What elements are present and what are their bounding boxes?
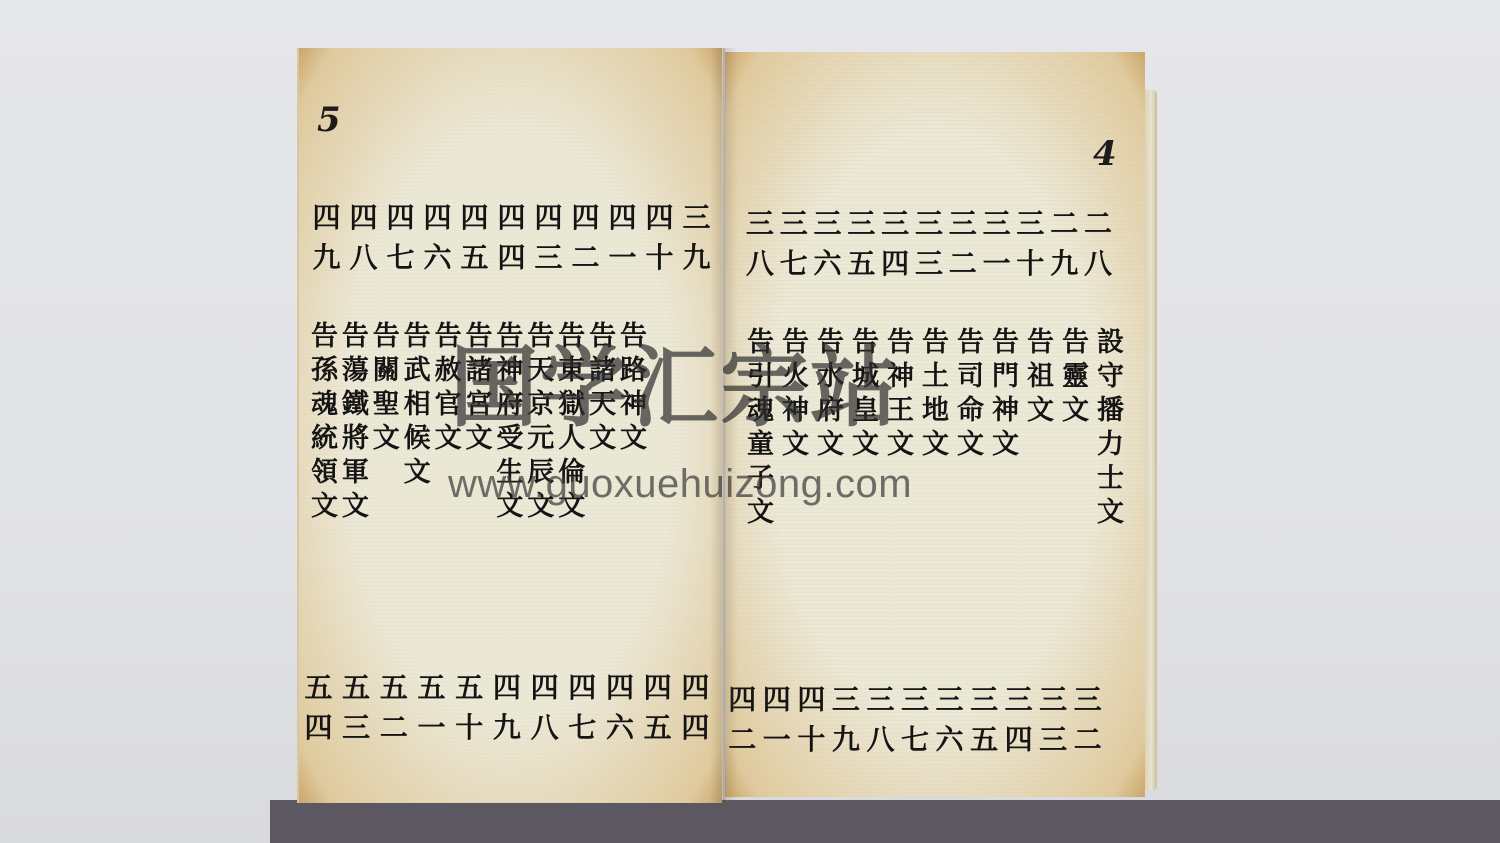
number-column: 四六: [420, 198, 455, 278]
character: 文: [435, 422, 462, 456]
title-column: 告神府受生文: [494, 320, 525, 524]
number-column: 四五: [457, 198, 492, 278]
character: 文: [1097, 496, 1124, 530]
character: 五: [380, 668, 408, 708]
character: 王: [887, 394, 914, 428]
character: 告: [992, 326, 1019, 360]
character: 七: [386, 238, 414, 278]
character: 八: [531, 708, 559, 748]
character: 三: [936, 680, 964, 720]
page-stack-edge: [1143, 90, 1157, 790]
number-column: 四九: [489, 668, 524, 748]
character: 三: [1039, 680, 1067, 720]
character: 將: [342, 422, 369, 456]
number-column: 四四: [494, 198, 529, 278]
number-column: 四四: [678, 668, 713, 748]
character: 二: [949, 244, 977, 284]
title-column: 告土地文: [918, 326, 953, 530]
character: 十: [797, 720, 825, 760]
character: 文: [373, 422, 400, 456]
character: 二: [1050, 204, 1078, 244]
character: 二: [571, 238, 599, 278]
character: 三: [881, 204, 909, 244]
character: 四: [534, 198, 562, 238]
character: 三: [746, 204, 774, 244]
title-column: 告城皇文: [848, 326, 883, 530]
character: 文: [782, 428, 809, 462]
number-column: 三三: [1036, 680, 1071, 760]
character: 七: [780, 244, 808, 284]
character: 天: [589, 388, 616, 422]
character: 諸: [589, 354, 616, 388]
character: 命: [957, 394, 984, 428]
title-columns: 告路神文告諸天文告東獄人倫文告天京元辰文告神府受生文告諸宮文告赦官文告武相候文告…: [309, 320, 649, 524]
character: 三: [814, 204, 842, 244]
character: 五: [418, 668, 446, 708]
character: 文: [496, 490, 523, 524]
character: 四: [681, 708, 709, 748]
character: 告: [782, 326, 809, 360]
character: 魂: [747, 394, 774, 428]
character: 人: [558, 422, 585, 456]
title-column: 告孫魂統領文: [309, 320, 340, 524]
character: 四: [312, 198, 340, 238]
number-column: 二九: [1047, 204, 1081, 284]
number-column: 四八: [346, 198, 381, 278]
character: 土: [922, 360, 949, 394]
number-column: 三一: [980, 204, 1014, 284]
character: 五: [644, 708, 672, 748]
character: 九: [832, 720, 860, 760]
character: 文: [747, 496, 774, 530]
character: 候: [404, 422, 431, 456]
character: 九: [1050, 244, 1078, 284]
character: 天: [527, 354, 554, 388]
character: 五: [304, 668, 332, 708]
title-column: 告赦官文: [433, 320, 464, 524]
character: 府: [496, 388, 523, 422]
character: 告: [404, 320, 431, 354]
character: 京: [527, 388, 554, 422]
character: 四: [568, 668, 596, 708]
character: 文: [342, 490, 369, 524]
character: 四: [497, 198, 525, 238]
character: 十: [1016, 244, 1044, 284]
number-column: 四八: [527, 668, 562, 748]
character: 四: [881, 244, 909, 284]
character: 文: [887, 428, 914, 462]
character: 辰: [527, 456, 554, 490]
title-column: 告火神文: [778, 326, 813, 530]
character: 六: [606, 708, 634, 748]
character: 童: [747, 428, 774, 462]
character: 魂: [311, 388, 338, 422]
number-column: 三四: [878, 204, 912, 284]
character: 三: [847, 204, 875, 244]
title-column: 告靈文: [1058, 326, 1093, 530]
title-column: 告關聖文: [371, 320, 402, 524]
character: 力: [1097, 428, 1124, 462]
character: 三: [970, 680, 998, 720]
character: 赦: [435, 354, 462, 388]
number-column: 三十: [1014, 204, 1048, 284]
number-column: 三六: [932, 680, 967, 760]
character: 文: [957, 428, 984, 462]
character: 三: [983, 204, 1011, 244]
character: 皇: [852, 394, 879, 428]
number-column: 三九: [829, 680, 864, 760]
number-column: 五三: [339, 668, 374, 748]
title-column: 告天京元辰文: [525, 320, 556, 524]
number-column: 四五: [640, 668, 675, 748]
character: 引: [747, 360, 774, 394]
character: 文: [817, 428, 844, 462]
character: 三: [682, 198, 710, 238]
character: 文: [311, 490, 338, 524]
character: 文: [465, 422, 492, 456]
character: 領: [311, 456, 338, 490]
top-number-row: 三九四十四一四二四三四四四五四六四七四八四九: [309, 198, 714, 278]
right-page: 4 二八二九三十三一三二三三三四三五三六三七三八 設守播力士文告靈文告祖文告門神…: [725, 52, 1145, 797]
character: 告: [620, 320, 647, 354]
character: 四: [460, 198, 488, 238]
number-column: 四一: [605, 198, 640, 278]
character: 二: [1084, 204, 1112, 244]
character: 三: [342, 708, 370, 748]
character: 生: [496, 456, 523, 490]
number-column: 三五: [844, 204, 878, 284]
character: 路: [620, 354, 647, 388]
character: 十: [455, 708, 483, 748]
number-column: 三四: [1001, 680, 1036, 760]
character: 一: [418, 708, 446, 748]
character: 三: [915, 204, 943, 244]
number-column: 五二: [376, 668, 411, 748]
character: 火: [782, 360, 809, 394]
character: 神: [887, 360, 914, 394]
character: 地: [922, 394, 949, 428]
character: 士: [1097, 462, 1124, 496]
character: 四: [608, 198, 636, 238]
book-gutter: [710, 48, 738, 803]
character: 五: [460, 238, 488, 278]
title-column: 告水府文: [813, 326, 848, 530]
character: 子: [747, 462, 774, 496]
number-column: 四七: [565, 668, 600, 748]
character: 軍: [342, 456, 369, 490]
character: 四: [531, 668, 559, 708]
character: 告: [342, 320, 369, 354]
title-column: 告路神文: [618, 320, 649, 524]
character: 文: [558, 490, 585, 524]
character: 設: [1097, 326, 1124, 360]
character: 倫: [558, 456, 585, 490]
number-column: 三六: [811, 204, 845, 284]
character: 文: [992, 428, 1019, 462]
character: 四: [571, 198, 599, 238]
title-column: 告神王文: [883, 326, 918, 530]
title-column: 告祖文: [1023, 326, 1058, 530]
number-column: 三二: [946, 204, 980, 284]
character: 神: [620, 388, 647, 422]
character: 九: [682, 238, 710, 278]
title-column: 設守播力士文: [1093, 326, 1128, 530]
character: 元: [527, 422, 554, 456]
character: 四: [304, 708, 332, 748]
character: 四: [1005, 720, 1033, 760]
character: 文: [1027, 394, 1054, 428]
character: 一: [608, 238, 636, 278]
bottom-number-row: 三二三三三四三五三六三七三八三九四十四一四二: [725, 680, 1105, 760]
character: 告: [373, 320, 400, 354]
character: 蕩: [342, 354, 369, 388]
character: 告: [589, 320, 616, 354]
character: 文: [589, 422, 616, 456]
number-column: 三九: [679, 198, 714, 278]
character: 神: [782, 394, 809, 428]
character: 文: [404, 456, 431, 490]
character: 五: [342, 668, 370, 708]
character: 神: [496, 354, 523, 388]
character: 六: [423, 238, 451, 278]
title-column: 告諸宮文: [464, 320, 495, 524]
character: 城: [852, 360, 879, 394]
character: 武: [404, 354, 431, 388]
character: 八: [866, 720, 894, 760]
title-column: 告蕩鐵將軍文: [340, 320, 371, 524]
character: 告: [852, 326, 879, 360]
character: 告: [1062, 326, 1089, 360]
number-column: 五一: [414, 668, 449, 748]
bottom-number-row: 四四四五四六四七四八四九五十五一五二五三五四: [301, 668, 713, 748]
table-shadow: [270, 800, 1500, 843]
top-number-row: 二八二九三十三一三二三三三四三五三六三七三八: [743, 204, 1115, 284]
character: 八: [349, 238, 377, 278]
character: 三: [915, 244, 943, 284]
character: 靈: [1062, 360, 1089, 394]
character: 四: [386, 198, 414, 238]
character: 官: [435, 388, 462, 422]
character: 二: [380, 708, 408, 748]
character: 告: [1027, 326, 1054, 360]
character: 六: [936, 720, 964, 760]
character: 告: [465, 320, 492, 354]
character: 五: [847, 244, 875, 284]
character: 宮: [465, 388, 492, 422]
character: 七: [901, 720, 929, 760]
number-column: 三七: [898, 680, 933, 760]
number-column: 四七: [383, 198, 418, 278]
number-column: 四十: [642, 198, 677, 278]
title-column: 告武相候文: [402, 320, 433, 524]
number-column: 四一: [760, 680, 795, 760]
character: 告: [496, 320, 523, 354]
number-column: 四六: [603, 668, 638, 748]
number-column: 三八: [863, 680, 898, 760]
page-number: 4: [1093, 134, 1117, 174]
character: 三: [1074, 680, 1102, 720]
number-column: 五十: [452, 668, 487, 748]
character: 九: [493, 708, 521, 748]
page-number: 5: [317, 100, 341, 140]
number-column: 三二: [1070, 680, 1105, 760]
character: 四: [797, 680, 825, 720]
character: 東: [558, 354, 585, 388]
character: 一: [983, 244, 1011, 284]
character: 司: [957, 360, 984, 394]
character: 告: [747, 326, 774, 360]
character: 三: [1005, 680, 1033, 720]
number-column: 三七: [777, 204, 811, 284]
character: 四: [349, 198, 377, 238]
character: 文: [1062, 394, 1089, 428]
character: 諸: [465, 354, 492, 388]
character: 四: [606, 668, 634, 708]
number-column: 三八: [743, 204, 777, 284]
character: 三: [901, 680, 929, 720]
title-column: 告引魂童子文: [743, 326, 778, 530]
character: 告: [957, 326, 984, 360]
character: 告: [887, 326, 914, 360]
character: 門: [992, 360, 1019, 394]
title-column: 告司命文: [953, 326, 988, 530]
character: 文: [852, 428, 879, 462]
number-column: 三五: [967, 680, 1002, 760]
character: 文: [620, 422, 647, 456]
character: 祖: [1027, 360, 1054, 394]
character: 三: [949, 204, 977, 244]
title-columns: 設守播力士文告靈文告祖文告門神文告司命文告土地文告神王文告城皇文告水府文告火神文…: [743, 326, 1128, 530]
character: 三: [866, 680, 894, 720]
character: 文: [922, 428, 949, 462]
left-page: 5 三九四十四一四二四三四四四五四六四七四八四九 告路神文告諸天文告東獄人倫文告…: [297, 48, 722, 803]
character: 十: [645, 238, 673, 278]
number-column: 五四: [301, 668, 336, 748]
character: 五: [970, 720, 998, 760]
character: 播: [1097, 394, 1124, 428]
open-book: 5 三九四十四一四二四三四四四五四六四七四八四九 告路神文告諸天文告東獄人倫文告…: [285, 48, 1160, 803]
character: 四: [493, 668, 521, 708]
character: 四: [423, 198, 451, 238]
character: 告: [311, 320, 338, 354]
character: 神: [992, 394, 1019, 428]
character: 七: [568, 708, 596, 748]
character: 統: [311, 422, 338, 456]
character: 八: [746, 244, 774, 284]
title-column: 告諸天文: [587, 320, 618, 524]
title-column: 告門神文: [988, 326, 1023, 530]
character: 八: [1084, 244, 1112, 284]
character: 聖: [373, 388, 400, 422]
character: 二: [1074, 720, 1102, 760]
character: 府: [817, 394, 844, 428]
character: 三: [832, 680, 860, 720]
character: 告: [922, 326, 949, 360]
character: 關: [373, 354, 400, 388]
character: 五: [455, 668, 483, 708]
character: 四: [497, 238, 525, 278]
character: 水: [817, 360, 844, 394]
character: 告: [817, 326, 844, 360]
number-column: 四九: [309, 198, 344, 278]
character: 一: [763, 720, 791, 760]
number-column: 二八: [1081, 204, 1115, 284]
character: 四: [645, 198, 673, 238]
character: 九: [312, 238, 340, 278]
character: 獄: [558, 388, 585, 422]
character: 告: [527, 320, 554, 354]
number-column: 四二: [568, 198, 603, 278]
character: 受: [496, 422, 523, 456]
character: 孫: [311, 354, 338, 388]
character: 三: [1039, 720, 1067, 760]
character: 四: [681, 668, 709, 708]
character: 四: [763, 680, 791, 720]
character: 三: [780, 204, 808, 244]
number-column: 四三: [531, 198, 566, 278]
character: 鐵: [342, 388, 369, 422]
character: 四: [644, 668, 672, 708]
number-column: 四十: [794, 680, 829, 760]
title-column: 告東獄人倫文: [556, 320, 587, 524]
character: 告: [435, 320, 462, 354]
character: 文: [527, 490, 554, 524]
character: 相: [404, 388, 431, 422]
character: 三: [1016, 204, 1044, 244]
character: 三: [534, 238, 562, 278]
character: 守: [1097, 360, 1124, 394]
number-column: 三三: [912, 204, 946, 284]
character: 告: [558, 320, 585, 354]
character: 六: [814, 244, 842, 284]
